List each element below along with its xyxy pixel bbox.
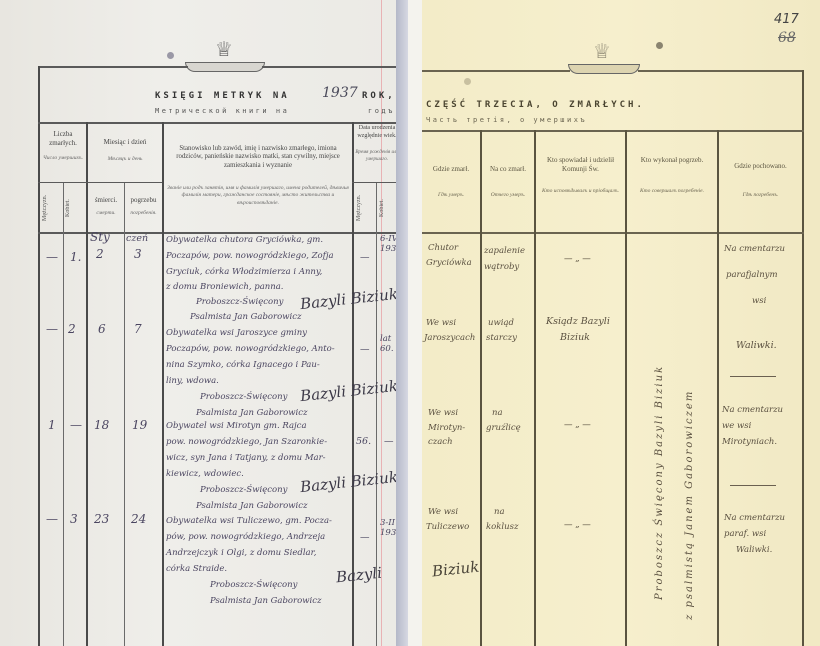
record-line: Obywatelka chutora Gryciówka, gm.	[166, 235, 323, 245]
signature-caption: Proboszcz-Święcony	[200, 392, 287, 402]
age-men: 56.	[356, 436, 371, 447]
header-confessor: Kto spowiadał i udzielił Komunji Św.	[536, 156, 625, 174]
signature-caption: Psalmista Jan Gaborowicz	[190, 312, 301, 322]
page-number: 417	[774, 12, 799, 27]
death-day: 2	[96, 247, 104, 261]
where-died: Jaroszycach	[424, 333, 475, 343]
confessor: — „ —	[564, 520, 591, 530]
confessor: Biziuk	[560, 332, 590, 343]
old-page-number: 68	[778, 30, 796, 46]
record-line: Poczapów, pow. nowogródzkiego, Anto-	[166, 344, 335, 354]
emblem-ribbon	[185, 62, 265, 72]
signature-caption: Psalmista Jan Gaborowicz	[196, 501, 307, 511]
header-where-died-ru: Гдѣ умеръ.	[422, 192, 480, 199]
burial-place: Waliwki.	[736, 545, 772, 555]
subheader-rule	[352, 182, 402, 183]
record-line: Obywatelka wsi Jaroszyce gminy	[166, 328, 307, 338]
age-men: —	[360, 344, 370, 355]
where-died: Gryciówka	[426, 258, 472, 268]
priest-signature: Bazyli Biziuk	[299, 377, 398, 405]
punch-hole	[167, 52, 174, 59]
record-line: liny, wdowa.	[166, 376, 219, 386]
women-count: 2	[68, 322, 76, 336]
men-count: 1	[48, 418, 56, 432]
header-burial-by-ru: Кто совершалъ погребеніе.	[627, 188, 717, 195]
record-line: Gryciuk, córka Włodzimierza i Anny,	[166, 267, 322, 277]
record-line: Poczapów, pow. nowogródzkiego, Zofja	[166, 251, 334, 261]
title-polish: KSIĘGI METRYK NA	[155, 91, 290, 101]
separator-dash	[730, 485, 776, 486]
women-count: 1.	[70, 250, 81, 264]
burial-day: 24	[131, 512, 146, 526]
col-line	[534, 130, 536, 646]
signature-caption: Proboszcz-Święcony	[200, 485, 287, 495]
record-line: wicz, syn Jana i Tatjany, z domu Mar-	[166, 453, 326, 463]
title-polish-suffix: ROK,	[362, 91, 396, 101]
year-handwritten: 1937	[322, 85, 358, 101]
death-day: 23	[94, 512, 109, 526]
col-line	[480, 130, 482, 646]
signature: Biziuk	[431, 558, 480, 581]
title-russian: Метрической книги на	[155, 107, 289, 115]
burial-day: 19	[132, 418, 147, 432]
signature-caption: Psalmista Jan Gaborowicz	[210, 596, 321, 606]
signature-caption: Proboszcz-Święcony	[196, 297, 283, 307]
burial-officiant-note: Proboszcz Święcony Bazyli Biziuk	[654, 365, 665, 600]
subheader-death: śmierci.	[88, 196, 124, 205]
subheader-burial: pogrzebu	[125, 196, 162, 205]
age-men: —	[360, 532, 370, 543]
eagle-emblem-icon: ♕	[590, 42, 614, 62]
women-count: —	[70, 418, 82, 432]
confessor: — „ —	[564, 420, 591, 430]
record-line: pów, pow. nowogródzkiego, Andrzeja	[166, 532, 325, 542]
header-confessor-ru: Кто исповѣдывалъ и пріобщалъ.	[536, 188, 625, 195]
where-died: We wsi	[426, 318, 456, 328]
eagle-emblem-icon: ♕	[212, 40, 236, 60]
where-died: Mirotyn-	[428, 423, 465, 433]
header-liczba: Liczba zmarłych.	[40, 130, 86, 148]
signature-caption: Psalmista Jan Gaborowicz	[196, 408, 307, 418]
frame-left	[38, 66, 40, 646]
frame-top-left	[38, 66, 188, 68]
burial-place: Na cmentarzu	[724, 513, 785, 523]
frame-right	[802, 70, 804, 646]
header-cause: Na co zmarł.	[482, 165, 534, 174]
burial-place: Na cmentarzu	[722, 405, 783, 415]
burial-day: 3	[134, 247, 142, 261]
burial-place: Mirotyniach.	[722, 437, 777, 447]
confessor: Ksiądz Bazyli	[546, 316, 610, 327]
subheader-age-men: Mężczyzn.	[356, 188, 374, 228]
col-line	[63, 182, 64, 646]
subheader-rule	[38, 182, 162, 183]
where-died: Chutor	[428, 243, 458, 253]
subheader-death-ru: смерти.	[88, 210, 124, 217]
death-day: 18	[94, 418, 109, 432]
header-miesiac-ru: Мѣсяцъ и день	[88, 156, 162, 163]
burial-month: czeń	[126, 233, 148, 244]
header-burial-by: Kto wykonał pogrzeb.	[627, 156, 717, 165]
where-died: We wsi	[428, 507, 458, 517]
title-polish: CZĘŚĆ TRZECIA, O ZMARŁYCH.	[426, 100, 645, 110]
priest-signature: Bazyli Biziuk	[299, 285, 398, 313]
cause-of-death: na	[492, 408, 503, 418]
col-line	[625, 130, 627, 646]
confessor: — „ —	[564, 254, 591, 264]
where-died: Tuliczewo	[426, 522, 469, 532]
record-line: Andrzejczyk i Olgi, z domu Siedlar,	[166, 548, 316, 558]
punch-hole	[464, 78, 471, 85]
where-died: czach	[428, 437, 453, 447]
signature-caption: Proboszcz-Święcony	[210, 580, 297, 590]
where-died: We wsi	[428, 408, 458, 418]
frame-top-left	[422, 70, 570, 72]
cause-of-death: starczy	[486, 333, 517, 343]
cause-of-death: koklusz	[486, 522, 518, 532]
header-data-urodzenia: Data urodzenia względnie wiek.	[354, 125, 400, 140]
cause-of-death: gruźlicę	[486, 423, 521, 433]
emblem-ribbon	[568, 64, 640, 74]
header-stanowisko: Stanowisko lub zawód, imię i nazwisko zm…	[166, 145, 350, 170]
cause-of-death: zapalenie	[484, 246, 525, 256]
header-where-died: Gdzie zmarł.	[422, 165, 480, 174]
col-line	[124, 182, 125, 646]
burial-place: paraf. wsi	[724, 529, 766, 539]
cause-of-death: wątroby	[484, 262, 519, 272]
burial-place: Waliwki.	[736, 340, 777, 351]
subheader-age-women: Kobiet.	[379, 188, 397, 228]
age-women: —	[384, 436, 394, 447]
record-line: nina Szymko, córka Ignacego i Pau-	[166, 360, 320, 370]
burial-place: wsi	[752, 296, 766, 306]
header-burial-place-ru: Гдѣ погребенъ.	[719, 192, 802, 199]
burial-place-blank	[730, 376, 776, 377]
frame-top-right	[262, 66, 402, 68]
book-gutter	[396, 0, 408, 646]
women-count: 3	[70, 512, 78, 526]
men-count: —	[46, 322, 58, 336]
header-data-urodzenia-ru: Время рожденія или умершаго.	[354, 150, 400, 164]
header-miesiac: Miesiąc i dzień	[88, 138, 162, 147]
left-register-page: ♕ KSIĘGI METRYK NA 1937 ROK, Метрической…	[0, 0, 402, 646]
burial-place: we wsi	[722, 421, 751, 431]
record-line: z domu Broniewich, panna.	[166, 282, 284, 292]
men-count: —	[46, 512, 58, 526]
subheader-men: Mężczyzn.	[42, 188, 62, 228]
death-day: 6	[98, 322, 106, 336]
burial-place: parafjalnym	[726, 270, 778, 280]
priest-signature: Bazyli Biziuk	[299, 468, 398, 496]
col-line	[162, 122, 164, 646]
death-month: Sty	[90, 230, 110, 244]
subheader-burial-ru: погребенія.	[125, 210, 162, 217]
burial-officiant-note: z psalmistą Janem Gaborowiczem	[684, 390, 695, 620]
header-liczba-ru: Число умершихъ.	[40, 155, 86, 162]
frame-top-right	[638, 70, 804, 72]
right-register-page: 417 68 ♕ CZĘŚĆ TRZECIA, O ZMARŁYCH. Част…	[422, 0, 820, 646]
title-russian: Часть третія, о умершихъ	[426, 116, 587, 124]
header-top-rule	[38, 122, 402, 124]
record-line: kiewicz, wdowiec.	[166, 469, 244, 479]
cause-of-death: uwiąd	[488, 318, 514, 328]
age-men: —	[360, 252, 370, 263]
subheader-women: Kobiet.	[65, 188, 85, 228]
header-stanowisko-ru: Званіе или родъ занятія, имя и фамилія у…	[166, 185, 350, 207]
record-line: Obywatel wsi Mirotyn gm. Rajca	[166, 421, 307, 431]
header-cause-ru: Отчего умеръ.	[482, 192, 534, 199]
burial-day: 7	[134, 322, 142, 336]
burial-place: Na cmentarzu	[724, 244, 785, 254]
col-line	[717, 130, 719, 646]
punch-hole	[656, 42, 663, 49]
header-burial-place: Gdzie pochowano.	[719, 162, 802, 171]
cause-of-death: na	[494, 507, 505, 517]
record-line: Obywatelka wsi Tuliczewo, gm. Pocza-	[166, 516, 332, 526]
men-count: —	[46, 250, 58, 264]
record-line: pow. nowogródzkiego, Jan Szaronkie-	[166, 437, 327, 447]
record-line: córka Straide.	[166, 564, 227, 574]
